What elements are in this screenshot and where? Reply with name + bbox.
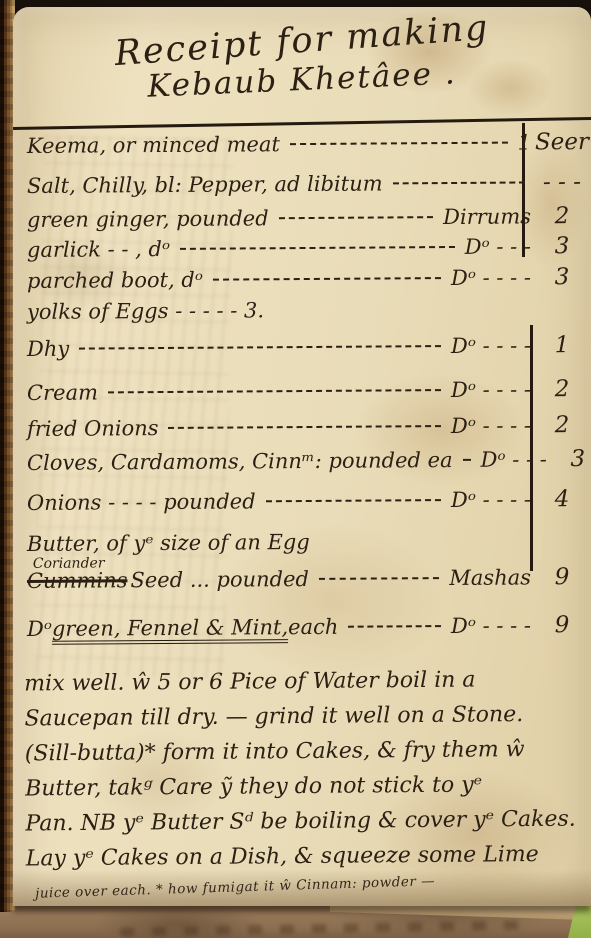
dotted-leader — [108, 389, 441, 393]
amount-value: 1 — [535, 332, 589, 358]
table-row: CreamDᵒ - - - -2 — [27, 376, 589, 410]
struck-word: Cummins — [27, 568, 128, 593]
ingredient-name: Keema, or minced meat — [27, 132, 280, 158]
table-row: yolks of Eggs - - - - - 3. — [27, 296, 589, 330]
ingredient-name: Cloves, Cardamoms, Cinnᵐ: pounded ea — [27, 448, 453, 475]
method-line: Pan. NB yᵉ Butter Sᵈ be boiling & cover … — [25, 802, 587, 842]
table-row: Onions - - - - poundedDᵒ - - - -4 — [27, 486, 589, 520]
table-row: green ginger, poundedDirrums2 — [27, 203, 589, 237]
ingredient-rows: Keema, or minced meat1SeerSalt, Chilly, … — [13, 125, 591, 644]
manuscript-page: Receipt for making Kebaub Khetâee . Keem… — [13, 7, 591, 906]
method-line: (Sill-butta)* form it into Cakes, & fry … — [25, 732, 587, 772]
unit-label: Dᵒ - - - - — [451, 613, 531, 638]
underlined-phrase: green, Fennel & Mint, — [52, 615, 288, 645]
table-row: Cloves, Cardamoms, Cinnᵐ: pounded eaDᵒ -… — [27, 446, 589, 480]
photograph-of-manuscript: Receipt for making Kebaub Khetâee . Keem… — [0, 0, 591, 938]
table-row: Keema, or minced meat1Seer — [27, 129, 589, 163]
dotted-leader — [168, 425, 441, 429]
ingredient-name: garlick - - , dᵒ — [27, 237, 170, 262]
dotted-leader — [463, 459, 471, 461]
amount-value: 2 — [535, 412, 589, 438]
table-row: Dᵒ green, Fennel & Mint, eachDᵒ - - - -9 — [27, 612, 589, 646]
method-paragraph: mix well. ŵ 5 or 6 Pice of Water boil in… — [24, 662, 588, 877]
table-row: garlick - - , dᵒDᵒ - - -3 — [27, 233, 589, 267]
unit-label: Dᵒ - - - - — [451, 413, 531, 438]
dotted-leader — [319, 577, 439, 580]
ingredient-name: Seed ... pounded — [130, 567, 309, 592]
dotted-leader — [213, 277, 441, 281]
method-line: Saucepan till dry. — grind it well on a … — [24, 697, 586, 737]
table-row: CorianderCumminsSeed ... poundedMashas9 — [27, 564, 589, 598]
table-row: Butter, of yᵉ size of an Egg — [27, 528, 589, 562]
recipe-title: Receipt for making Kebaub Khetâee . — [13, 7, 591, 98]
unit-label: Dᵒ - - - — [480, 447, 546, 471]
amount-value: 2 — [535, 376, 589, 402]
method-line: Butter, takᵍ Care ỹ they do not stick to… — [25, 767, 587, 807]
table-row: Salt, Chilly, bl: Pepper, ad libitum- - … — [27, 169, 589, 203]
amount-value: 9 — [535, 612, 589, 638]
amount-value: 3 — [535, 233, 589, 259]
amount-value: 9 — [535, 564, 589, 590]
dotted-leader — [290, 142, 508, 146]
ingredient-name: parched boot, dᵒ — [27, 268, 203, 293]
amount-value: - - - — [535, 169, 589, 195]
unit-label: 1 — [518, 130, 532, 154]
table-row: DhyDᵒ - - - -1 — [27, 332, 589, 366]
dotted-leader — [266, 499, 441, 502]
dotted-leader — [393, 181, 525, 184]
unit-label: Dirrums — [443, 204, 531, 229]
dotted-leader — [348, 625, 441, 628]
ingredient-name: Dhy — [27, 337, 69, 361]
unit-label: Dᵒ - - - - — [451, 487, 531, 512]
dotted-leader — [79, 345, 441, 350]
unit-label: Dᵒ - - - — [465, 234, 531, 258]
ingredient-name: Salt, Chilly, bl: Pepper, ad libitum — [27, 171, 383, 197]
bleedthrough-writing — [120, 920, 531, 936]
dotted-leader — [279, 216, 434, 219]
ingredient-name: Cream — [27, 380, 98, 404]
unit-label: Dᵒ - - - - — [451, 265, 531, 290]
amount-value: Seer — [535, 129, 589, 155]
ingredient-name: yolks of Eggs - - - - - 3. — [27, 298, 264, 324]
corrected-word: CorianderCummins — [27, 568, 128, 593]
amount-value: 3 — [551, 446, 591, 472]
ingredient-name: fried Onions — [27, 416, 159, 441]
amount-value: 3 — [535, 264, 589, 290]
unit-label: Dᵒ - - - - — [451, 377, 531, 402]
amount-value: 4 — [535, 486, 589, 512]
ingredient-name-prefix: Dᵒ — [27, 617, 52, 641]
inserted-word: Coriander — [33, 555, 105, 571]
table-row: fried OnionsDᵒ - - - -2 — [27, 412, 589, 446]
ingredient-name: green ginger, pounded — [27, 206, 269, 232]
dotted-leader — [180, 246, 455, 250]
ingredient-name: Butter, of yᵉ size of an Egg — [27, 530, 310, 556]
ingredient-name: Onions - - - - pounded — [27, 489, 256, 515]
unit-label: Mashas — [449, 565, 531, 590]
amount-value: 2 — [535, 203, 589, 229]
method-line: mix well. ŵ 5 or 6 Pice of Water boil in… — [24, 662, 586, 702]
ingredient-name: each — [288, 615, 338, 639]
unit-label: Dᵒ - - - - — [451, 333, 531, 358]
table-row: parched boot, dᵒDᵒ - - - -3 — [27, 264, 589, 298]
